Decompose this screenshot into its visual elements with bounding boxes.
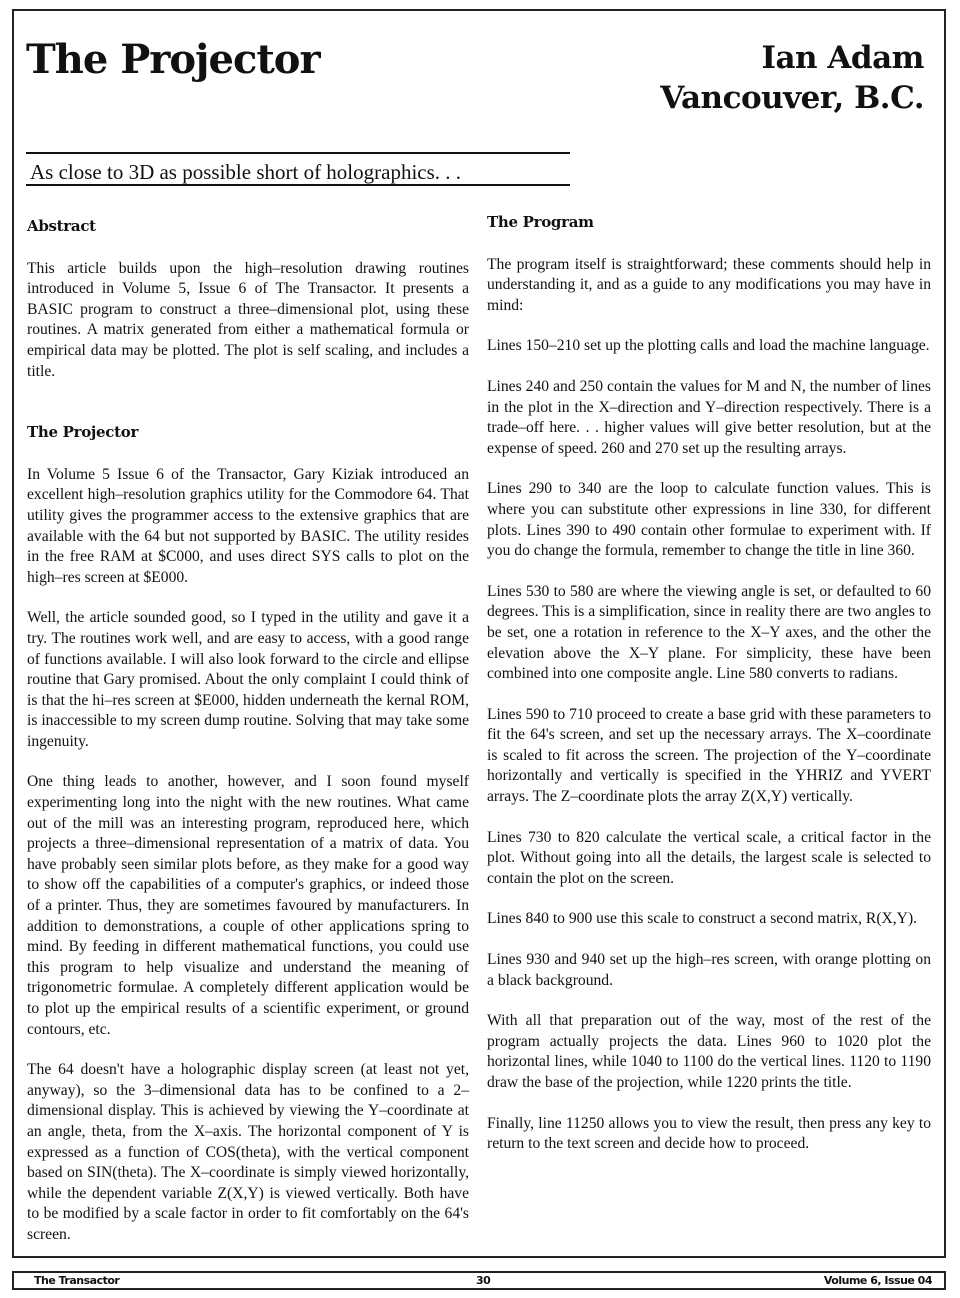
article-title: The Projector (26, 36, 320, 83)
author-name: Ian Adam (660, 38, 924, 78)
body-paragraph: Lines 240 and 250 contain the values for… (487, 377, 931, 459)
body-paragraph: Lines 590 to 710 proceed to create a bas… (487, 705, 931, 808)
body-paragraph: Lines 930 and 940 set up the high–res sc… (487, 950, 931, 991)
page-number: 30 (476, 1274, 490, 1287)
body-paragraph: Finally, line 11250 allows you to view t… (487, 1114, 931, 1155)
body-paragraph: The 64 doesn't have a holographic displa… (27, 1060, 469, 1245)
body-paragraph: Lines 290 to 340 are the loop to calcula… (487, 479, 931, 561)
body-paragraph: Lines 730 to 820 calculate the vertical … (487, 828, 931, 890)
subtitle-rule-box: As close to 3D as possible short of holo… (26, 152, 570, 186)
section-heading-projector: The Projector (27, 422, 469, 443)
body-paragraph: With all that preparation out of the way… (487, 1011, 931, 1093)
section-heading-program: The Program (487, 212, 931, 233)
author-location: Vancouver, B.C. (660, 78, 924, 118)
article-subtitle: As close to 3D as possible short of holo… (30, 160, 461, 185)
body-paragraph: One thing leads to another, however, and… (27, 772, 469, 1040)
byline: Ian Adam Vancouver, B.C. (660, 38, 924, 118)
publication-name: The Transactor (34, 1274, 119, 1287)
body-paragraph: In Volume 5 Issue 6 of the Transactor, G… (27, 465, 469, 589)
section-heading-abstract: Abstract (27, 216, 469, 237)
body-paragraph: Well, the article sounded good, so I typ… (27, 608, 469, 752)
page-footer: The Transactor 30 Volume 6, Issue 04 (12, 1271, 946, 1290)
body-paragraph: Lines 530 to 580 are where the viewing a… (487, 582, 931, 685)
body-paragraph: The program itself is straightforward; t… (487, 255, 931, 317)
body-paragraph: Lines 840 to 900 use this scale to const… (487, 909, 931, 930)
abstract-paragraph: This article builds upon the high–resolu… (27, 259, 469, 383)
issue-label: Volume 6, Issue 04 (824, 1274, 932, 1287)
right-column: The Program The program itself is straig… (487, 212, 931, 1175)
left-column: Abstract This article builds upon the hi… (27, 216, 469, 1266)
body-paragraph: Lines 150–210 set up the plotting calls … (487, 336, 931, 357)
